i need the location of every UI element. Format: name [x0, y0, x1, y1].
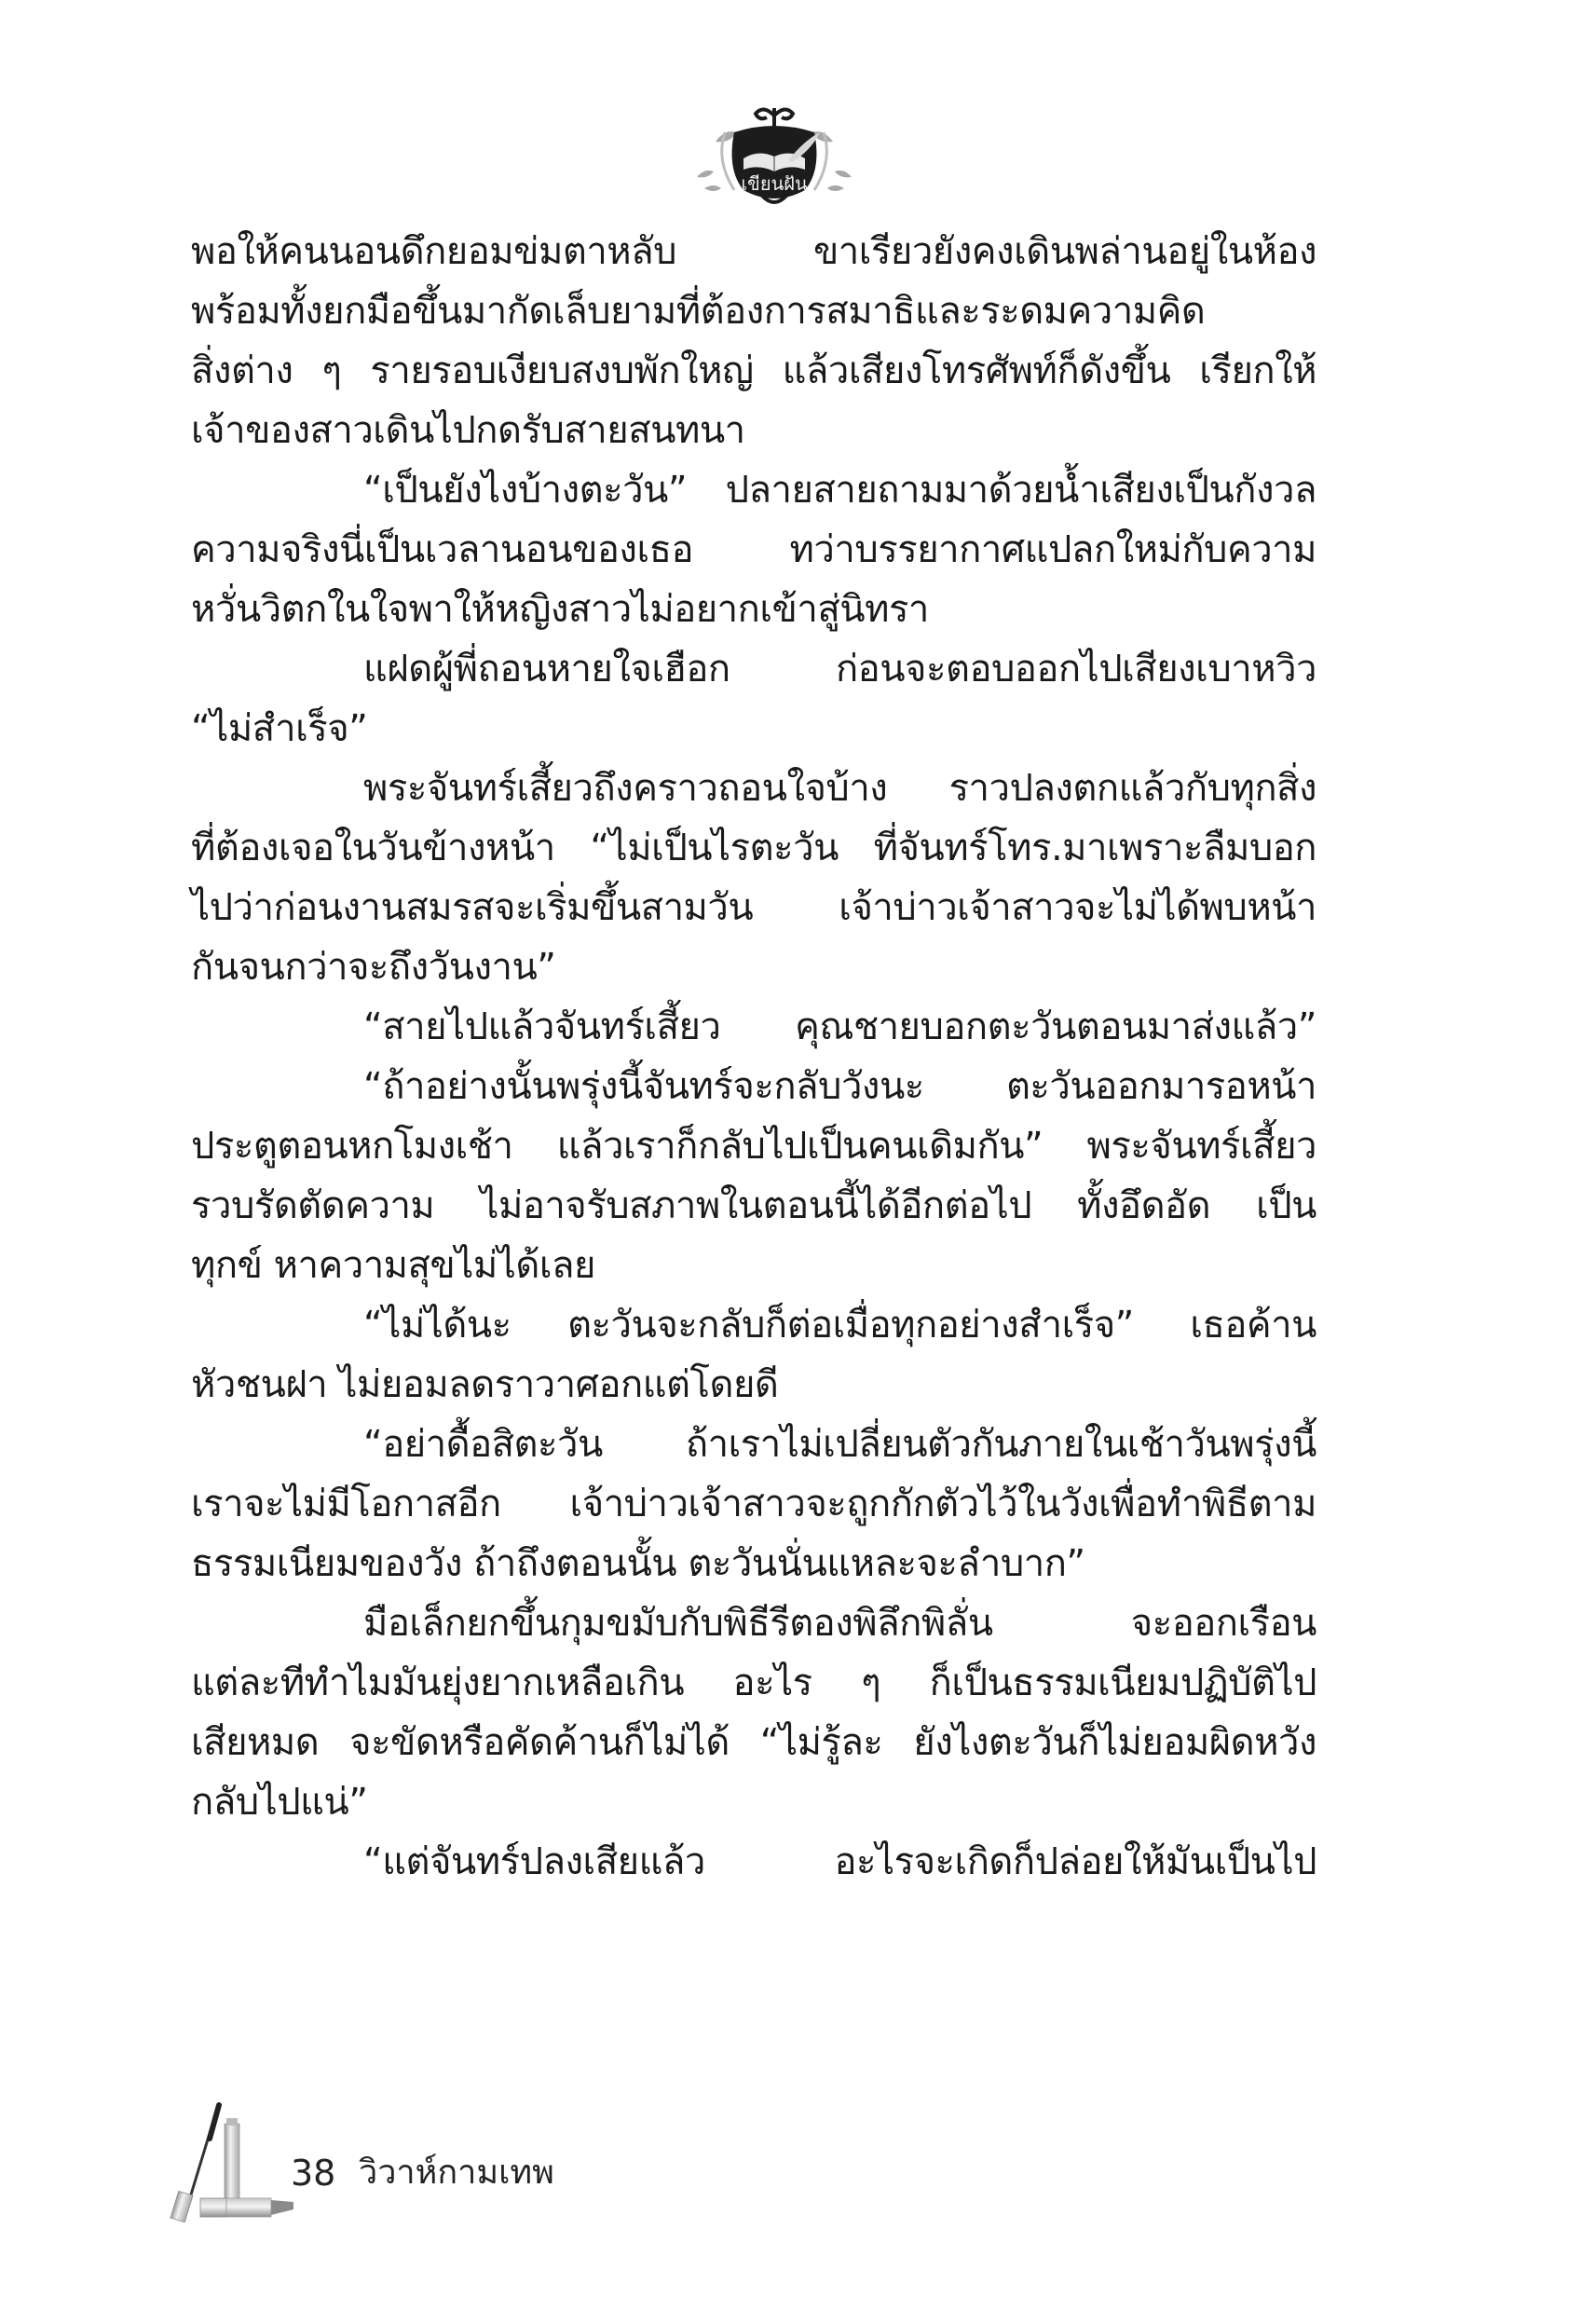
- page-footer: 38 วิวาห์กามเทพ: [163, 2101, 722, 2222]
- mascara-lipstick-icon: [163, 2101, 303, 2222]
- text-line: ไปว่าก่อนงานสมรสจะเริ่มขึ้นสามวัน เจ้าบ่…: [191, 878, 1316, 937]
- text-line: มือเล็กยกขึ้นกุมขมับกับพิธีรีตองพิลึกพิล…: [191, 1593, 1316, 1653]
- open-book-quill-crest-icon: เขียนฝัน: [688, 104, 861, 209]
- text-line: กลับไปแน่”: [191, 1772, 1316, 1832]
- text-line: ธรรมเนียมของวัง ถ้าถึงตอนนั้น ตะวันนั่นแ…: [191, 1534, 1316, 1593]
- text-line: ทุกข์ หาความสุขไม่ได้เลย: [191, 1236, 1316, 1295]
- text-line: “ถ้าอย่างนั้นพรุ่งนี้จันทร์จะกลับวังนะ ต…: [191, 1057, 1316, 1116]
- page-number: 38: [291, 2150, 335, 2196]
- text-line: “แต่จันทร์ปลงเสียแล้ว อะไรจะเกิดก็ปล่อยใ…: [191, 1832, 1316, 1892]
- publisher-logo: เขียนฝัน: [688, 104, 861, 209]
- text-line: พอให้คนนอนดึกยอมข่มตาหลับ ขาเรียวยังคงเด…: [191, 222, 1316, 281]
- text-line: หวั่นวิตกในใจพาให้หญิงสาวไม่อยากเข้าสู่น…: [191, 580, 1316, 639]
- book-title: วิวาห์กามเทพ: [359, 2150, 554, 2196]
- svg-text:เขียนฝัน: เขียนฝัน: [741, 172, 808, 195]
- text-line: กันจนกว่าจะถึงวันงาน”: [191, 937, 1316, 997]
- text-line: พร้อมทั้งยกมือขึ้นมากัดเล็บยามที่ต้องการ…: [191, 281, 1316, 341]
- text-line: รวบรัดตัดความ ไม่อาจรับสภาพในตอนนี้ได้อี…: [191, 1176, 1316, 1236]
- text-line: “เป็นยังไงบ้างตะวัน” ปลายสายถามมาด้วยน้ำ…: [191, 460, 1316, 520]
- text-line: เสียหมด จะขัดหรือคัดค้านก็ไม่ได้ “ไม่รู้…: [191, 1713, 1316, 1772]
- text-line: “ไม่สำเร็จ”: [191, 699, 1316, 759]
- text-line: แฝดผู้พี่ถอนหายใจเฮือก ก่อนจะตอบออกไปเสี…: [191, 639, 1316, 699]
- text-line: เราจะไม่มีโอกาสอีก เจ้าบ่าวเจ้าสาวจะถูกก…: [191, 1474, 1316, 1534]
- text-line: “อย่าดื้อสิตะวัน ถ้าเราไม่เปลี่ยนตัวกันภ…: [191, 1415, 1316, 1474]
- text-line: “สายไปแล้วจันทร์เสี้ยว คุณชายบอกตะวันตอน…: [191, 997, 1316, 1057]
- chapter-body-text: พอให้คนนอนดึกยอมข่มตาหลับ ขาเรียวยังคงเด…: [191, 222, 1316, 1892]
- text-line: “ไม่ได้นะ ตะวันจะกลับก็ต่อเมื่อทุกอย่างส…: [191, 1295, 1316, 1355]
- text-line: แต่ละทีทำไมมันยุ่งยากเหลือเกิน อะไร ๆ ก็…: [191, 1653, 1316, 1713]
- text-line: ที่ต้องเจอในวันข้างหน้า “ไม่เป็นไรตะวัน …: [191, 818, 1316, 878]
- text-line: สิ่งต่าง ๆ รายรอบเงียบสงบพักใหญ่ แล้วเสี…: [191, 341, 1316, 401]
- text-line: ประตูตอนหกโมงเช้า แล้วเราก็กลับไปเป็นคนเ…: [191, 1116, 1316, 1176]
- text-line: พระจันทร์เสี้ยวถึงคราวถอนใจบ้าง ราวปลงตก…: [191, 759, 1316, 818]
- text-line: ความจริงนี่เป็นเวลานอนของเธอ ทว่าบรรยากา…: [191, 520, 1316, 580]
- text-line: เจ้าของสาวเดินไปกดรับสายสนทนา: [191, 401, 1316, 460]
- text-line: หัวชนฝา ไม่ยอมลดราวาศอกแต่โดยดี: [191, 1355, 1316, 1415]
